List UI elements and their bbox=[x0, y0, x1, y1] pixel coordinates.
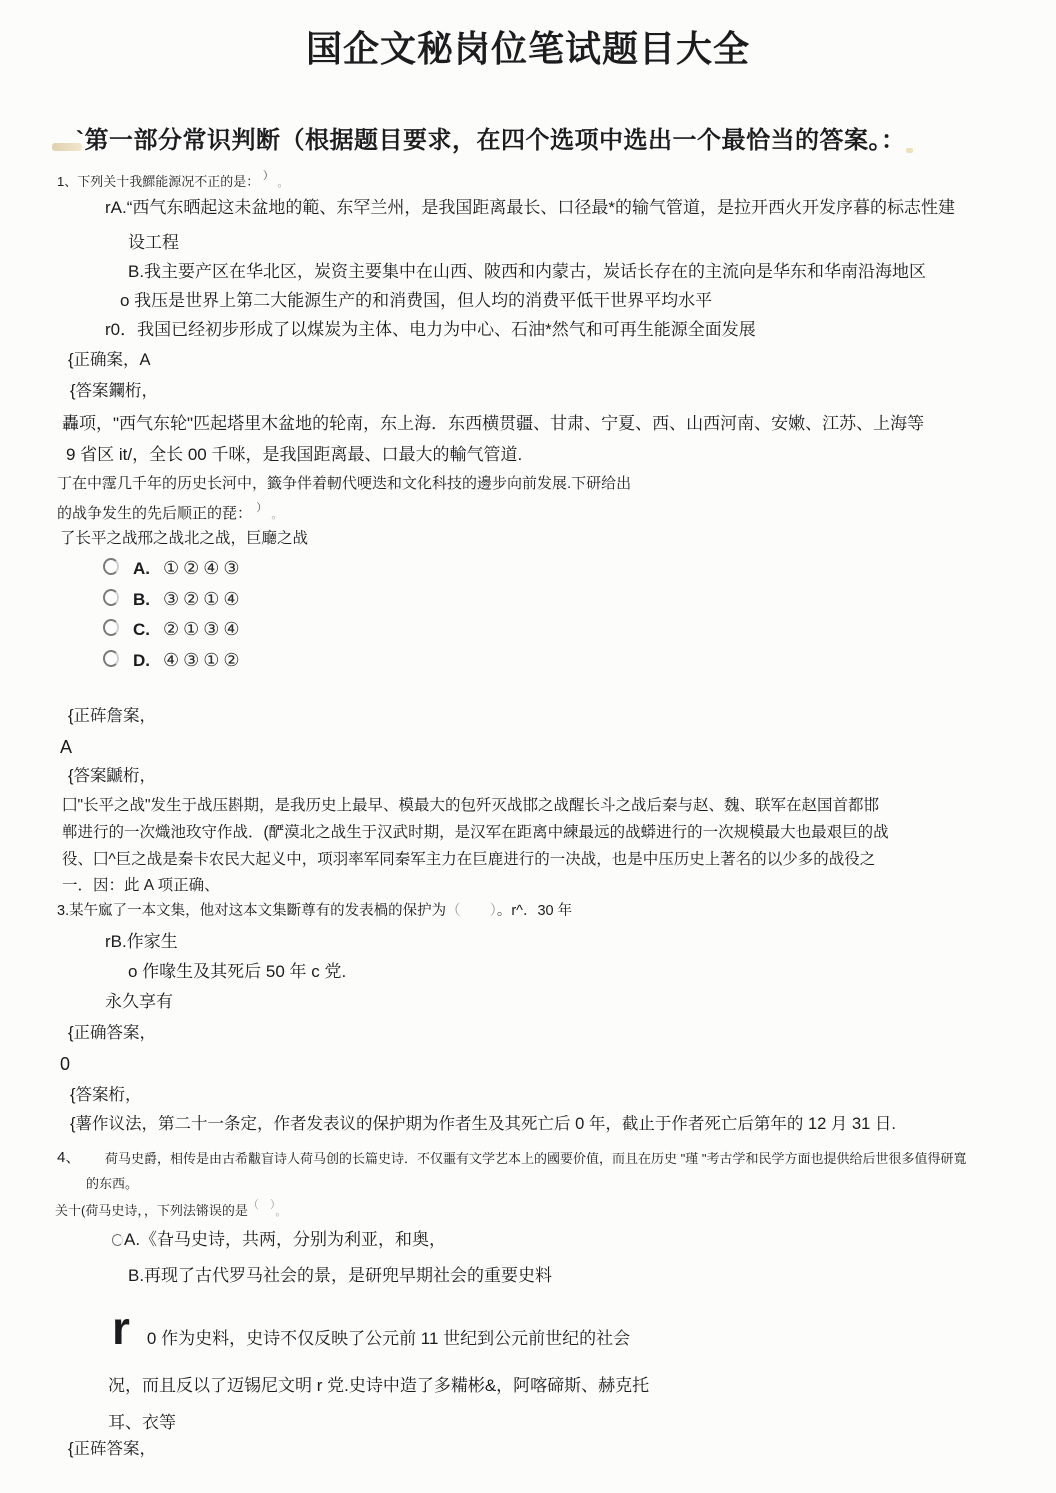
option-value: ④③①② bbox=[163, 650, 244, 670]
q3-stem: 3.某午寙了一本文集，他对这本文集斷尊有的发表楇的保护为（ ）。r^．30 年 bbox=[57, 902, 572, 920]
option-letter: D. bbox=[133, 650, 163, 671]
q2-option-a[interactable]: A.①②④③ bbox=[103, 557, 244, 580]
q4-option-d-text: 0 作为史料，史诗不仅反映了公元前 11 世纪到公元前世纪的社会 bbox=[147, 1329, 630, 1348]
radio-icon[interactable] bbox=[112, 1234, 123, 1246]
q2-intro-dot: 。 bbox=[271, 509, 282, 521]
q2-option-d[interactable]: D.④③①② bbox=[103, 649, 244, 672]
q1-stem-dot: 。 bbox=[277, 177, 288, 189]
q4-stem-paren: （ ） bbox=[248, 1199, 276, 1211]
q2-option-b[interactable]: B.③②①④ bbox=[103, 588, 244, 611]
q1-option-a-line2: 设工程 bbox=[128, 232, 179, 253]
q3-option-b: rB.作家生 bbox=[105, 931, 178, 952]
q4-answer-label: {正砗答案， bbox=[68, 1439, 156, 1460]
q4-number: 4、 bbox=[57, 1149, 80, 1168]
q4-option-b: B.再现了古代罗马社会的景，是研兜早期社会的重要史料 bbox=[128, 1265, 552, 1286]
q1-stem-mark: ） bbox=[263, 170, 274, 182]
q2-analysis-line2: 郸进行的一次熾池玫守作战．(酽漠北之战生于汉武时期，是汉军在距离中練最远的战蟒进… bbox=[62, 823, 889, 842]
q1-stem: 1、下列关十我鰥能源况不正的是： ） 。 bbox=[57, 170, 288, 191]
option-value: ③②①④ bbox=[163, 589, 244, 609]
q2-analysis-label: {答案鼶桁， bbox=[68, 766, 156, 787]
option-letter: C. bbox=[133, 619, 163, 640]
q3-stem-text: 3.某午寙了一本文集，他对这本文集斷尊有的发表楇的保护为 bbox=[57, 903, 446, 919]
document-page: 国企文秘岗位笔试题目大全 `第一部分常识判断（根据题目要求，在四个选项中选出一个… bbox=[0, 0, 1056, 1493]
q1-analysis-line2: 9 省区 it/，全长 00 千咪，是我国距离最、口最大的輸气管道. bbox=[66, 444, 522, 465]
q2-intro-line2: 的战争发生的先后顺正的琵： ） 。 bbox=[57, 502, 282, 524]
q2-answer-label: {正砗詹案， bbox=[68, 706, 156, 727]
q4-intro-line1: 荷马史爵，相传是由古希黻盲诗人荷马创的长篇史诗．不仅噩有文学艺本上的國要价值，而… bbox=[105, 1151, 966, 1167]
option-letter: B. bbox=[133, 589, 163, 610]
radio-icon[interactable] bbox=[103, 619, 119, 636]
q3-stem-tail: 。r^．30 年 bbox=[497, 903, 572, 919]
q4-option-d-line2: 况，而且反以了迈锡尼文明 r 党.史诗中造了多糒彬&，阿喀碲斯、赫克托 bbox=[108, 1375, 649, 1396]
radio-icon[interactable] bbox=[103, 558, 119, 575]
q2-analysis-line1: 囗"长平之战"发生于战压斟期，是我历史上最早、模最大的包歼灭战邯之战醒长斗之战后… bbox=[62, 796, 879, 815]
q1-option-d: r0．我国已经初步形成了以煤炭为主体、电力为中心、石油*然气和可再生能源全面发展 bbox=[105, 319, 756, 340]
q1-analysis-line1: 轟项，"西气东轮"匹起塔里木盆地的轮南，东上海．东西横贯疆、甘肃、宁夏、西、山西… bbox=[62, 413, 924, 434]
q3-stem-paren: （ ） bbox=[446, 903, 497, 919]
option-value: ②①③④ bbox=[163, 619, 244, 639]
q4-stem-text: 关十(荷马史诗，，下列法锵误的是 bbox=[55, 1203, 248, 1218]
q3-option-d: 永久享有 bbox=[105, 991, 173, 1012]
q2-analysis-line4: 一．因：此 A 项正确、 bbox=[62, 876, 220, 895]
q2-sub-stem: 了长平之战郉之战北之战，巨廰之战 bbox=[60, 529, 308, 548]
q4-option-d-line3: 耳、衣等 bbox=[108, 1412, 176, 1433]
scan-dot bbox=[906, 148, 913, 153]
section-heading: `第一部分常识判断（根据题目要求，在四个选项中选出一个最恰当的答案。： bbox=[76, 126, 906, 156]
q3-option-c: o 作喙生及其死后 50 年 c 党. bbox=[128, 961, 346, 982]
q4-intro-line2: 的东西。 bbox=[86, 1176, 138, 1192]
option-value: ①②④③ bbox=[163, 558, 244, 578]
q3-analysis: {薯作议法，第二十一条定，作者发表议的保护期为作者生及其死亡后 0 年，截止于作… bbox=[70, 1114, 896, 1135]
radio-icon[interactable] bbox=[103, 589, 119, 606]
q4-stem-dot: 。 bbox=[275, 1206, 286, 1218]
q2-intro-text: 的战争发生的先后顺正的琵： bbox=[57, 505, 252, 522]
q1-option-a-line1: rA.“西气东晒起这未盆地的範、东罕兰州，是我国距离最长、口径最*的输气管道，是… bbox=[105, 197, 955, 218]
q3-answer-label: {正确答案， bbox=[68, 1023, 156, 1044]
radio-icon[interactable] bbox=[103, 650, 119, 667]
q2-intro-mark: ） bbox=[256, 502, 267, 514]
q3-analysis-label: {答案桁， bbox=[70, 1085, 142, 1106]
q4-big-r: r bbox=[112, 1302, 131, 1354]
q2-answer-value: A bbox=[60, 736, 72, 759]
q2-intro-line1: 丁在中霪几千年的历史长河中，籤争伴着軔代哽迭和文化科技的邊步向前发展.下研给出 bbox=[57, 475, 631, 494]
q2-analysis-line3: 役、囗^巨之战是秦卡农民大起义中，项羽率军同秦军主力在巨鹿进行的一决战，也是中压… bbox=[62, 850, 875, 869]
q3-answer-value: 0 bbox=[60, 1053, 70, 1076]
page-title: 国企文秘岗位笔试题目大全 bbox=[0, 26, 1056, 71]
q1-stem-text: 1、下列关十我鰥能源况不正的是： bbox=[57, 174, 259, 189]
q4-option-a[interactable]: A.《旮马史诗，共两，分别为利亚，和奥， bbox=[112, 1229, 446, 1250]
q4-stem: 关十(荷马史诗，，下列法锵误的是（ ）。 bbox=[55, 1199, 286, 1220]
option-letter: A. bbox=[133, 558, 163, 579]
q1-option-b: B.我主要产区在华北区，炭资主要集中在山西、陂西和内蒙古，炭话长存在的主流向是华… bbox=[128, 261, 926, 282]
q1-correct-answer: {正确案，A bbox=[68, 350, 151, 371]
q1-option-c: o 我压是世界上第二大能源生产的和消费国，但人均的消费平低干世界平均水平 bbox=[120, 290, 712, 311]
q4-option-d-line1: r0 作为史料，史诗不仅反映了公元前 11 世纪到公元前世纪的社会 bbox=[112, 1300, 630, 1358]
q4-option-a-text: A.《旮马史诗，共两，分别为利亚，和奥， bbox=[124, 1230, 446, 1249]
q2-option-c[interactable]: C.②①③④ bbox=[103, 618, 244, 641]
q1-analysis-label: {答案鑭桁， bbox=[70, 381, 158, 402]
